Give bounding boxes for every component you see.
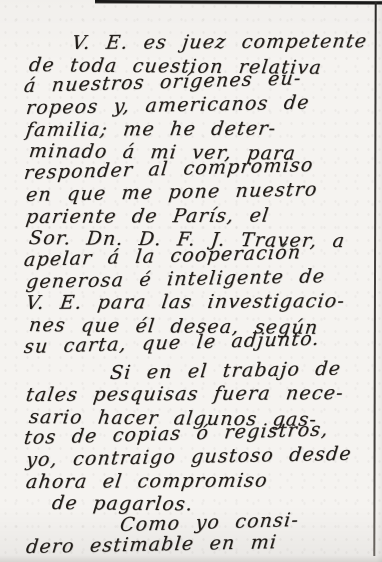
scan-top-edge <box>95 0 382 5</box>
handwriting-line: ropeos y, americanos de <box>25 91 373 119</box>
scanned-letter-page: V. E. es juez competente de toda cuestio… <box>0 0 382 562</box>
handwriting-line: tales pesquisas fuera nece- <box>25 383 374 407</box>
handwriting-line: ahora el compromiso <box>25 470 374 494</box>
handwriting-line: familia; me he deter- <box>25 118 374 142</box>
handwriting-line: generosa é inteligente de <box>25 265 373 293</box>
handwriting-line: pariente de París, el <box>25 204 374 228</box>
scan-right-shadow <box>376 0 382 562</box>
handwriting-line: V. E. es juez competente <box>71 31 374 55</box>
handwriting-line: Si en el trabajo de <box>109 358 373 385</box>
handwritten-letter-body: V. E. es juez competente de toda cuestio… <box>26 33 372 562</box>
handwriting-line: en que me pone nuestro <box>25 178 373 206</box>
handwriting-line: yo, contraigo gustoso desde <box>25 443 373 471</box>
handwriting-line: dero estimable en mi <box>25 530 373 558</box>
handwriting-line: V. E. para las investigacio- <box>25 291 374 315</box>
